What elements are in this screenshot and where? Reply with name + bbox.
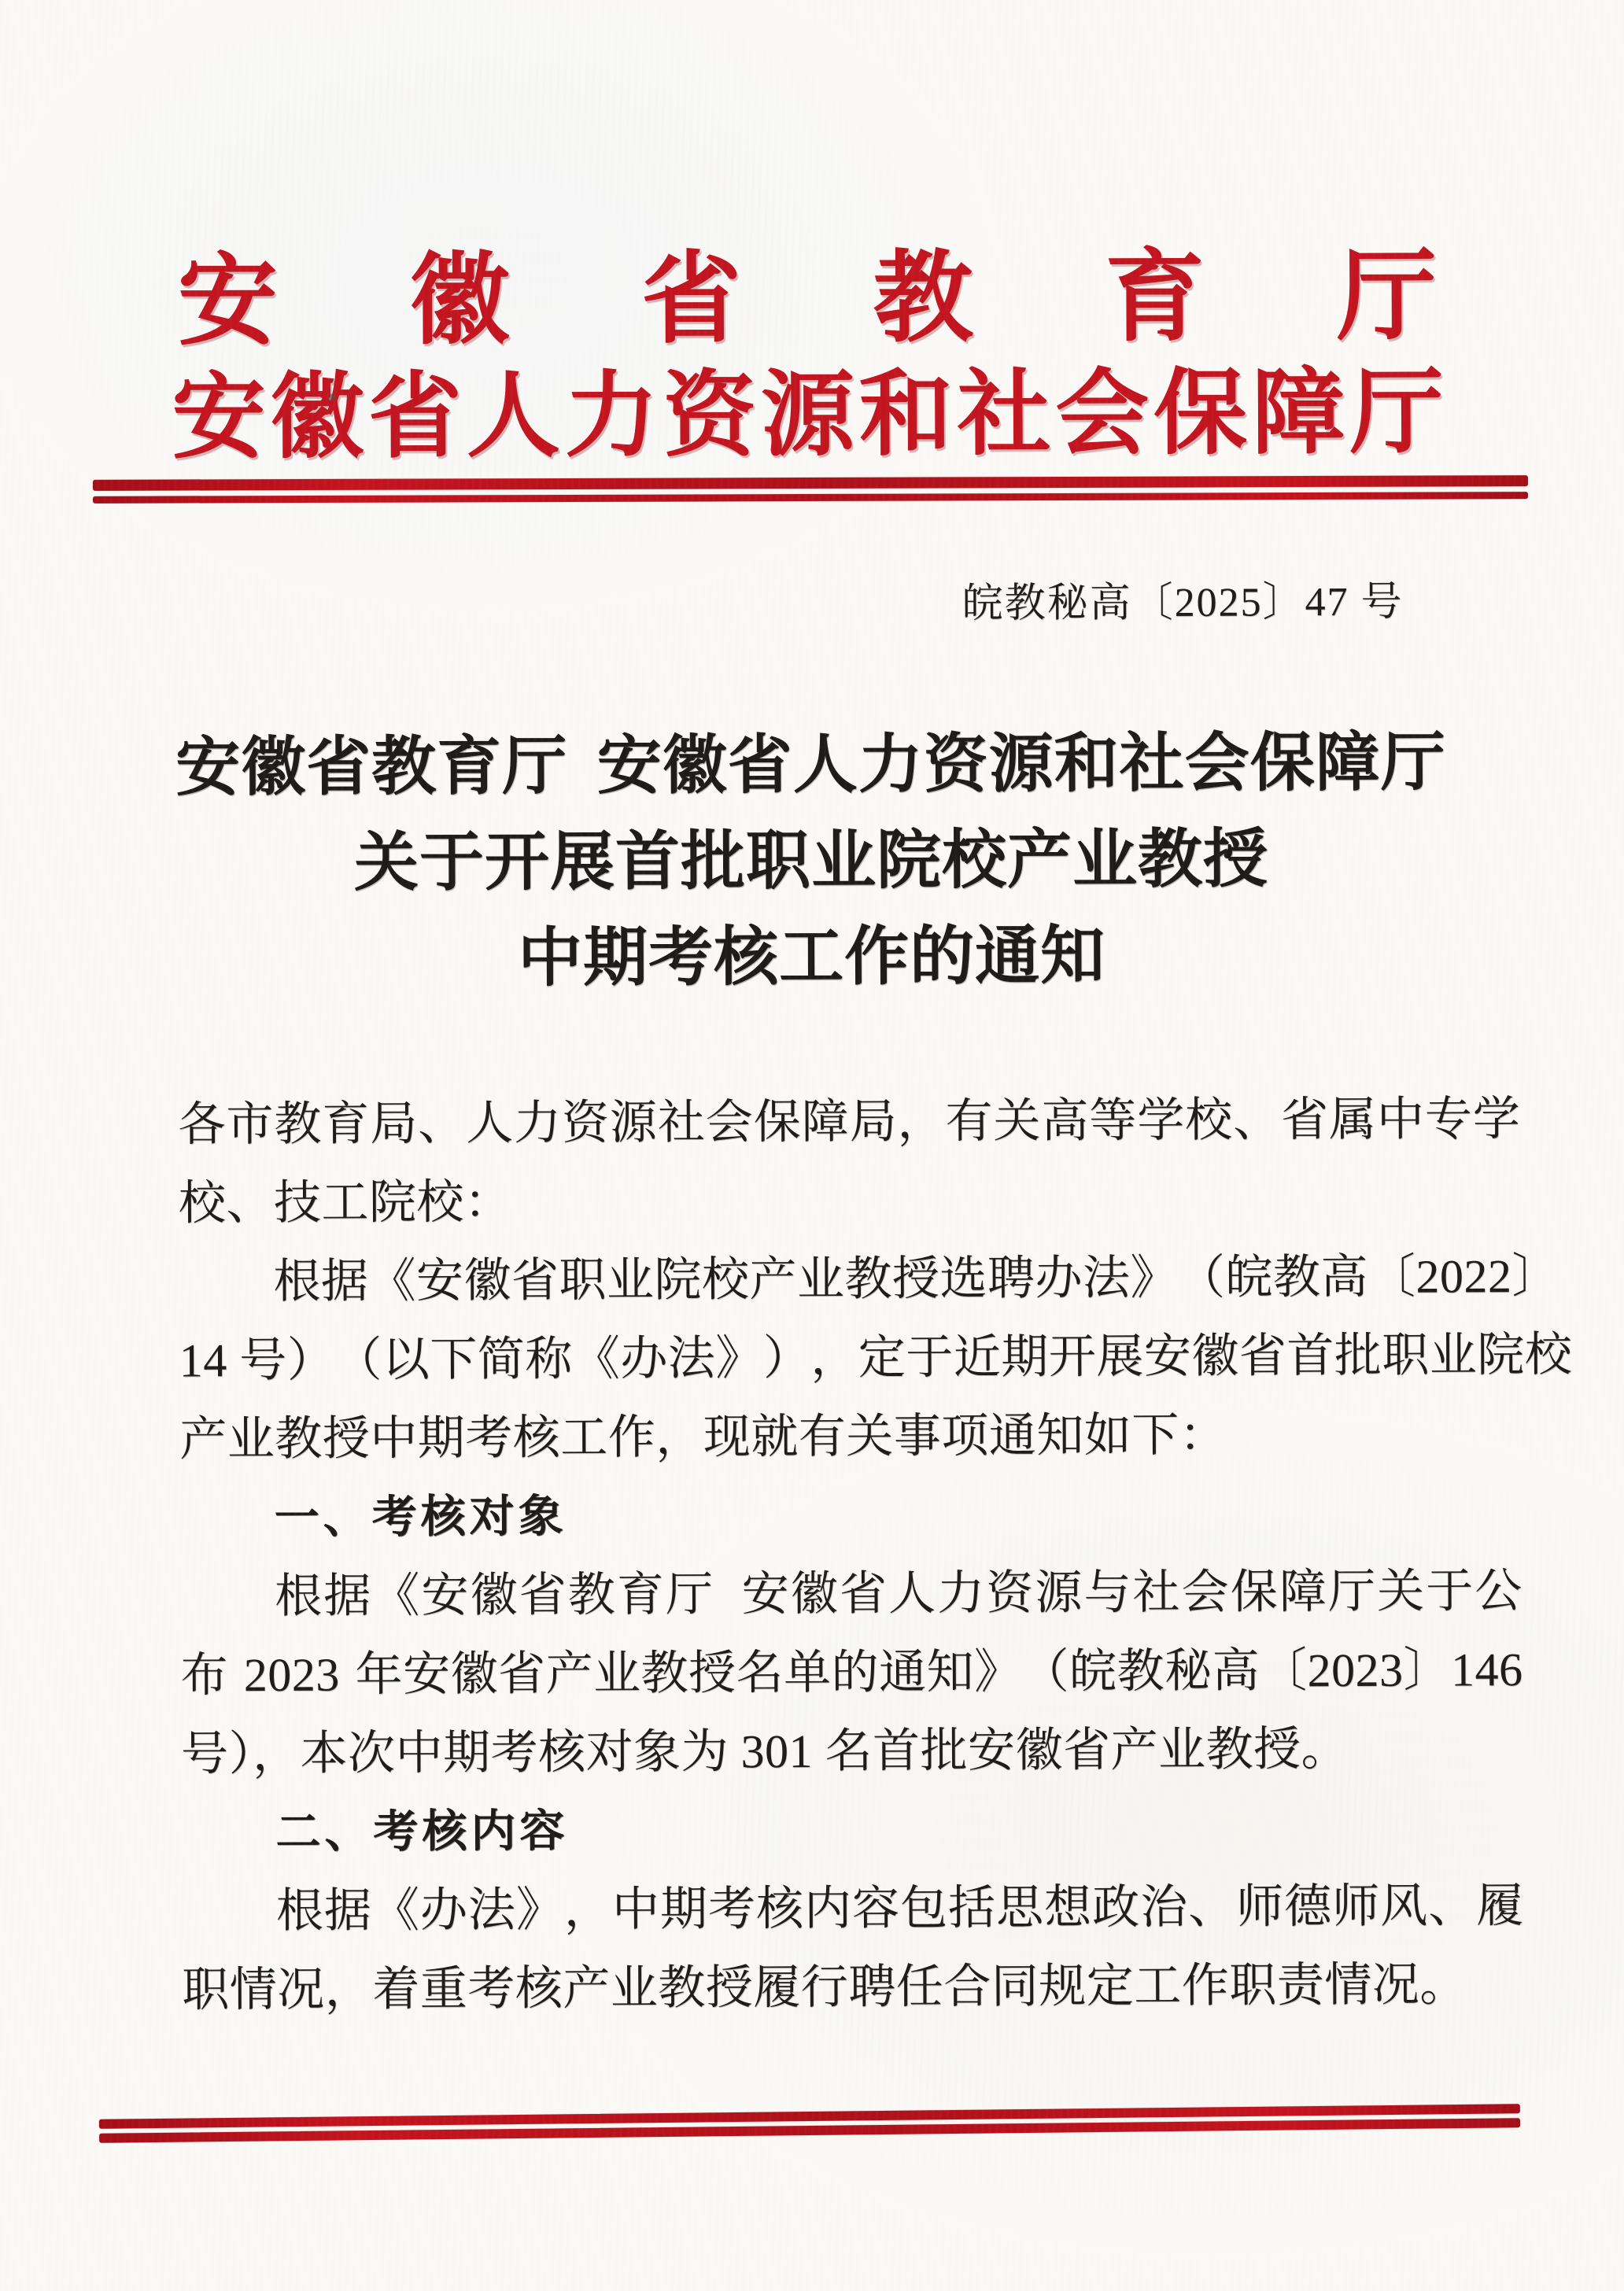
document-number: 皖教秘高〔2025〕47 号	[961, 580, 1403, 627]
scanned-official-document: 安徽省教育厅 安徽省人力资源和社会保障厅 皖教秘高〔2025〕47 号 安徽省教…	[0, 0, 1624, 2291]
agency-header-line-1: 安徽省教育厅	[178, 243, 1438, 357]
red-divider-top	[93, 475, 1528, 504]
body-line: 14 号）（以下简称《办法》），定于近期开展安徽省首批职业院校	[179, 1315, 1522, 1400]
document-title: 安徽省教育厅 安徽省人力资源和社会保障厅 关于开展首批职业院校产业教授 中期考核…	[142, 714, 1481, 1008]
title-line-1: 安徽省教育厅 安徽省人力资源和社会保障厅	[142, 714, 1480, 816]
document-body: 各市教育局、人力资源社会保障局，有关高等学校、省属中专学 校、技工院校： 根据《…	[178, 1079, 1524, 2029]
section-heading-1: 一、考核对象	[179, 1473, 1522, 1557]
body-line: 根据《安徽省职业院校产业教授选聘办法》（皖教高〔2022〕	[179, 1237, 1521, 1321]
salutation-line: 各市教育局、人力资源社会保障局，有关高等学校、省属中专学	[178, 1079, 1520, 1164]
body-line: 根据《办法》，中期考核内容包括思想政治、师德师风、履	[182, 1866, 1524, 1950]
body-line: 职情况，着重考核产业教授履行聘任合同规定工作职责情况。	[182, 1945, 1524, 2029]
body-line: 根据《安徽省教育厅 安徽省人力资源与社会保障厅关于公	[180, 1551, 1522, 1636]
agency-header-line-2: 安徽省人力资源和社会保障厅	[172, 360, 1444, 470]
title-line-2: 关于开展首批职业院校产业教授	[142, 810, 1481, 912]
title-line-3: 中期考核工作的通知	[142, 906, 1481, 1008]
section-heading-2: 二、考核内容	[181, 1787, 1523, 1872]
body-line: 产业教授中期考核工作，现就有关事项通知如下：	[179, 1394, 1522, 1478]
salutation-line: 校、技工院校：	[179, 1158, 1521, 1242]
body-line: 号），本次中期考核对象为 301 名首批安徽省产业教授。	[181, 1709, 1523, 1793]
body-line: 布 2023 年安徽省产业教授名单的通知》（皖教秘高〔2023〕146	[180, 1630, 1522, 1714]
